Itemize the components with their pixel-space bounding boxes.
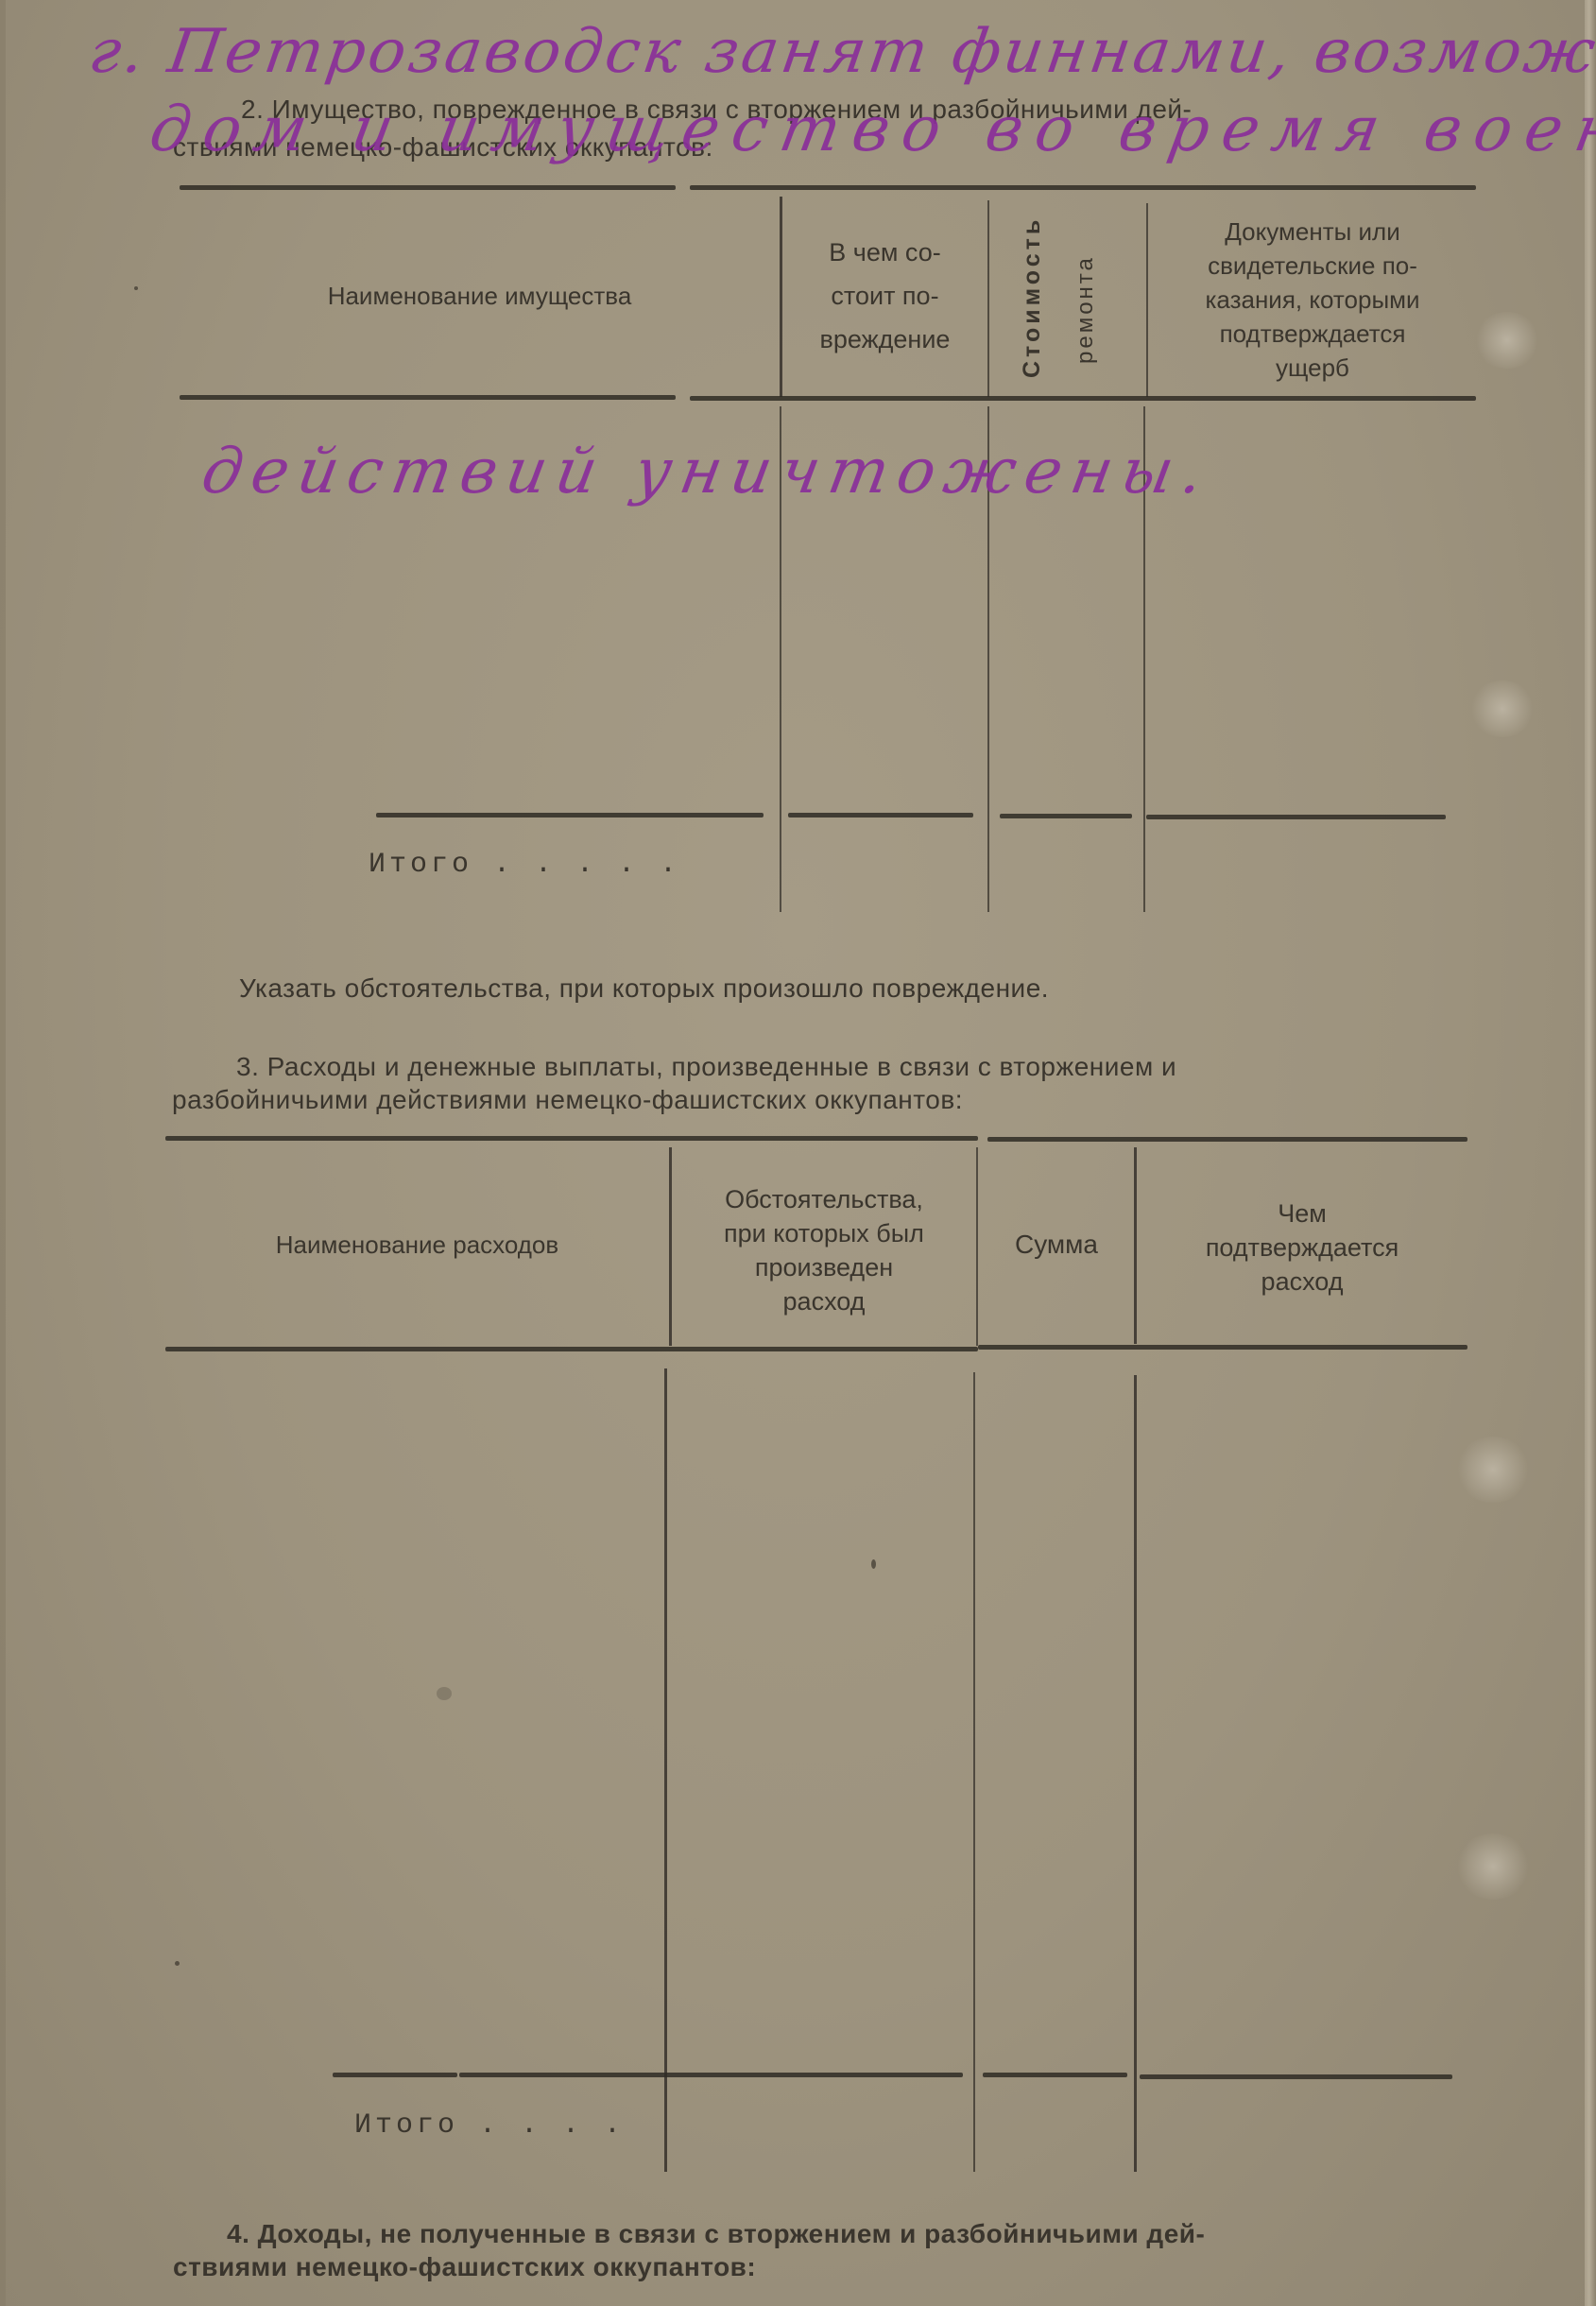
paper-edge-left — [0, 0, 6, 2306]
table-1-header-damage-description: В чем со- стоит по- вреждение — [782, 198, 987, 392]
table-2-header-rule — [165, 1347, 978, 1351]
table-1-total-rule — [376, 813, 764, 817]
table-2-top-rule — [165, 1136, 978, 1141]
section-3-heading-line-2: разбойничьими действиями немецко-фашистс… — [172, 1085, 963, 1115]
table-2-col-divider — [976, 1147, 978, 1346]
document-page: г. Петрозаводск занят финнами, возможно,… — [0, 0, 1596, 2306]
table-2-col-divider — [1134, 1375, 1137, 2172]
section-3-heading-line-1: 3. Расходы и денежные выплаты, произведе… — [236, 1052, 1176, 1082]
paper-edge-right — [1585, 0, 1596, 2306]
handwritten-note-line-2: дом и имущество во время военных — [145, 93, 1596, 165]
paper-dent — [1469, 680, 1536, 737]
table-2-header-amount: Сумма — [979, 1147, 1134, 1341]
table-1-header-rule — [180, 395, 676, 400]
handwritten-note-line-1: г. Петрозаводск занят финнами, возможно,… — [85, 17, 1596, 87]
table-2-total-rule — [1140, 2074, 1452, 2079]
table-1-header-property-name: Наименование имущества — [180, 198, 780, 392]
table-1-header-repair-cost-line-1: Стоимость — [1019, 216, 1046, 378]
paper-speck — [134, 286, 138, 290]
table-2-total-label: Итого . . . . — [354, 2109, 625, 2142]
paper-dent — [1455, 1437, 1531, 1503]
table-1-total-rule — [1146, 815, 1446, 819]
table-1-header-repair-cost-line-2: ремонта — [1073, 255, 1099, 364]
table-2-header-expense-name: Наименование расходов — [165, 1147, 669, 1341]
table-2-col-divider — [664, 1368, 667, 2172]
paper-dent — [1455, 1833, 1531, 1900]
table-1-col-divider — [987, 200, 989, 397]
paper-speck — [175, 1961, 180, 1966]
table-2-header-circumstances: Обстоятельства, при которых был произвед… — [672, 1161, 976, 1340]
table-1-col-divider — [1146, 203, 1148, 397]
paper-stain — [437, 1687, 452, 1700]
table-2-header-evidence: Чем подтверждается расход — [1137, 1162, 1467, 1333]
table-1-top-rule — [180, 185, 676, 190]
paper-dent — [1474, 312, 1540, 369]
table-1-total-rule — [788, 813, 973, 817]
section-2-circumstances-note: Указать обстоятельства, при которых прои… — [239, 973, 1049, 1004]
table-1-top-rule — [690, 185, 1476, 190]
table-2-total-rule — [983, 2073, 1127, 2077]
table-2-header-rule — [978, 1345, 1467, 1350]
table-1-header-evidence: Документы или свидетельские по- казания,… — [1149, 210, 1476, 389]
table-1-header-rule — [690, 396, 1476, 401]
table-2-top-rule — [987, 1137, 1467, 1142]
table-2-total-rule — [333, 2073, 457, 2077]
table-1-total-rule — [1000, 814, 1132, 818]
section-4-heading-line-2: ствиями немецко-фашистских оккупантов: — [173, 2252, 756, 2282]
table-2-col-divider — [973, 1372, 975, 2172]
table-2-total-rule — [459, 2073, 963, 2077]
paper-speck — [871, 1559, 876, 1569]
handwritten-note-line-3: действий уничтожены. — [197, 435, 1218, 508]
table-1-total-label: Итого . . . . . — [369, 849, 680, 881]
section-4-heading-line-1: 4. Доходы, не полученные в связи с вторж… — [227, 2219, 1205, 2249]
